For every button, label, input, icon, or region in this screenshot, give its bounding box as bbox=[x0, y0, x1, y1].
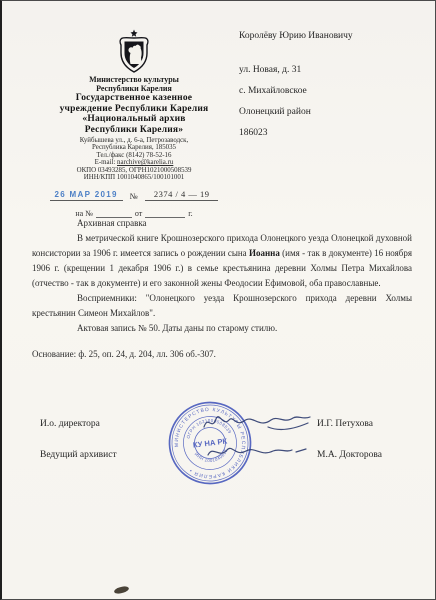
email-address: narchive@karelia.ru bbox=[117, 159, 173, 166]
scan-smudge-mark bbox=[113, 585, 129, 594]
date-number-row: 26 МАР 2019 № 2374 / 4 — 19 bbox=[30, 189, 238, 201]
recipient-postcode: 186023 bbox=[239, 123, 353, 144]
org-name-line-3: «Национальный архив bbox=[30, 114, 238, 125]
recipient-street: ул. Новая, д. 31 bbox=[239, 60, 353, 81]
letterhead: Министерство культуры Республики Карелия… bbox=[30, 29, 238, 218]
number-sign: № bbox=[130, 191, 138, 201]
ministry-line-1: Министерство культуры bbox=[30, 75, 238, 84]
recipient-block: Королёву Юрию Ивановичу ул. Новая, д. 31… bbox=[239, 26, 353, 144]
phone-line: Тел./факс (8142) 78-52-16 bbox=[30, 152, 238, 159]
org-name-line-2: учреждение Республики Карелия bbox=[30, 104, 238, 115]
karelia-coat-of-arms-icon bbox=[115, 29, 153, 73]
signer2-name: М.А. Докторова bbox=[317, 450, 382, 460]
org-name-line-1: Государственное казенное bbox=[30, 93, 238, 104]
address-line-1: Куйбышева ул., д. 6-а, Петрозаводск, bbox=[30, 137, 238, 144]
email-line: E-mail: narchive@karelia.ru bbox=[30, 159, 238, 166]
scanned-letter-page: Министерство культуры Республики Карелия… bbox=[0, 0, 436, 600]
recipient-district: Олонецкий район bbox=[239, 102, 353, 123]
document-body: Архивная справка В метрической книге Кро… bbox=[32, 216, 412, 362]
address-line-2: Республика Карелия, 185035 bbox=[30, 144, 238, 151]
signer1-name: И.Г. Петухова bbox=[317, 419, 373, 429]
birth-record-paragraph: В метрической книге Крошнозерского прихо… bbox=[32, 231, 412, 291]
godparents-paragraph: Восприемники: "Олонецкого уезда Крошнозе… bbox=[32, 291, 412, 321]
ministry-line-2: Республики Карелия bbox=[30, 84, 238, 93]
signer1-title: И.о. директора bbox=[40, 419, 100, 429]
org-name-line-4: Республики Карелия» bbox=[30, 125, 238, 136]
recipient-village: с. Михайловское bbox=[239, 81, 353, 102]
basis-line: Основание: ф. 25, оп. 24, д. 204, лл. 30… bbox=[32, 347, 412, 362]
handwritten-signatures bbox=[198, 405, 318, 473]
date-stamp: 26 МАР 2019 bbox=[50, 190, 123, 201]
document-title: Архивная справка bbox=[32, 216, 412, 231]
okpo-ogrn-line: ОКПО 03493285, ОГРН1021000508539 bbox=[30, 167, 238, 174]
signer2-title: Ведущий архивист bbox=[40, 450, 117, 460]
inn-kpp-line: ИНН/КПП 1001040865/100101001 bbox=[30, 174, 238, 181]
child-name: Иоанна bbox=[249, 248, 280, 258]
act-record-paragraph: Актовая запись № 50. Даты даны по старом… bbox=[32, 321, 412, 336]
email-label: E-mail: bbox=[95, 159, 117, 166]
outgoing-number: 2374 / 4 — 19 bbox=[145, 189, 219, 201]
recipient-name: Королёву Юрию Ивановичу bbox=[239, 26, 353, 47]
